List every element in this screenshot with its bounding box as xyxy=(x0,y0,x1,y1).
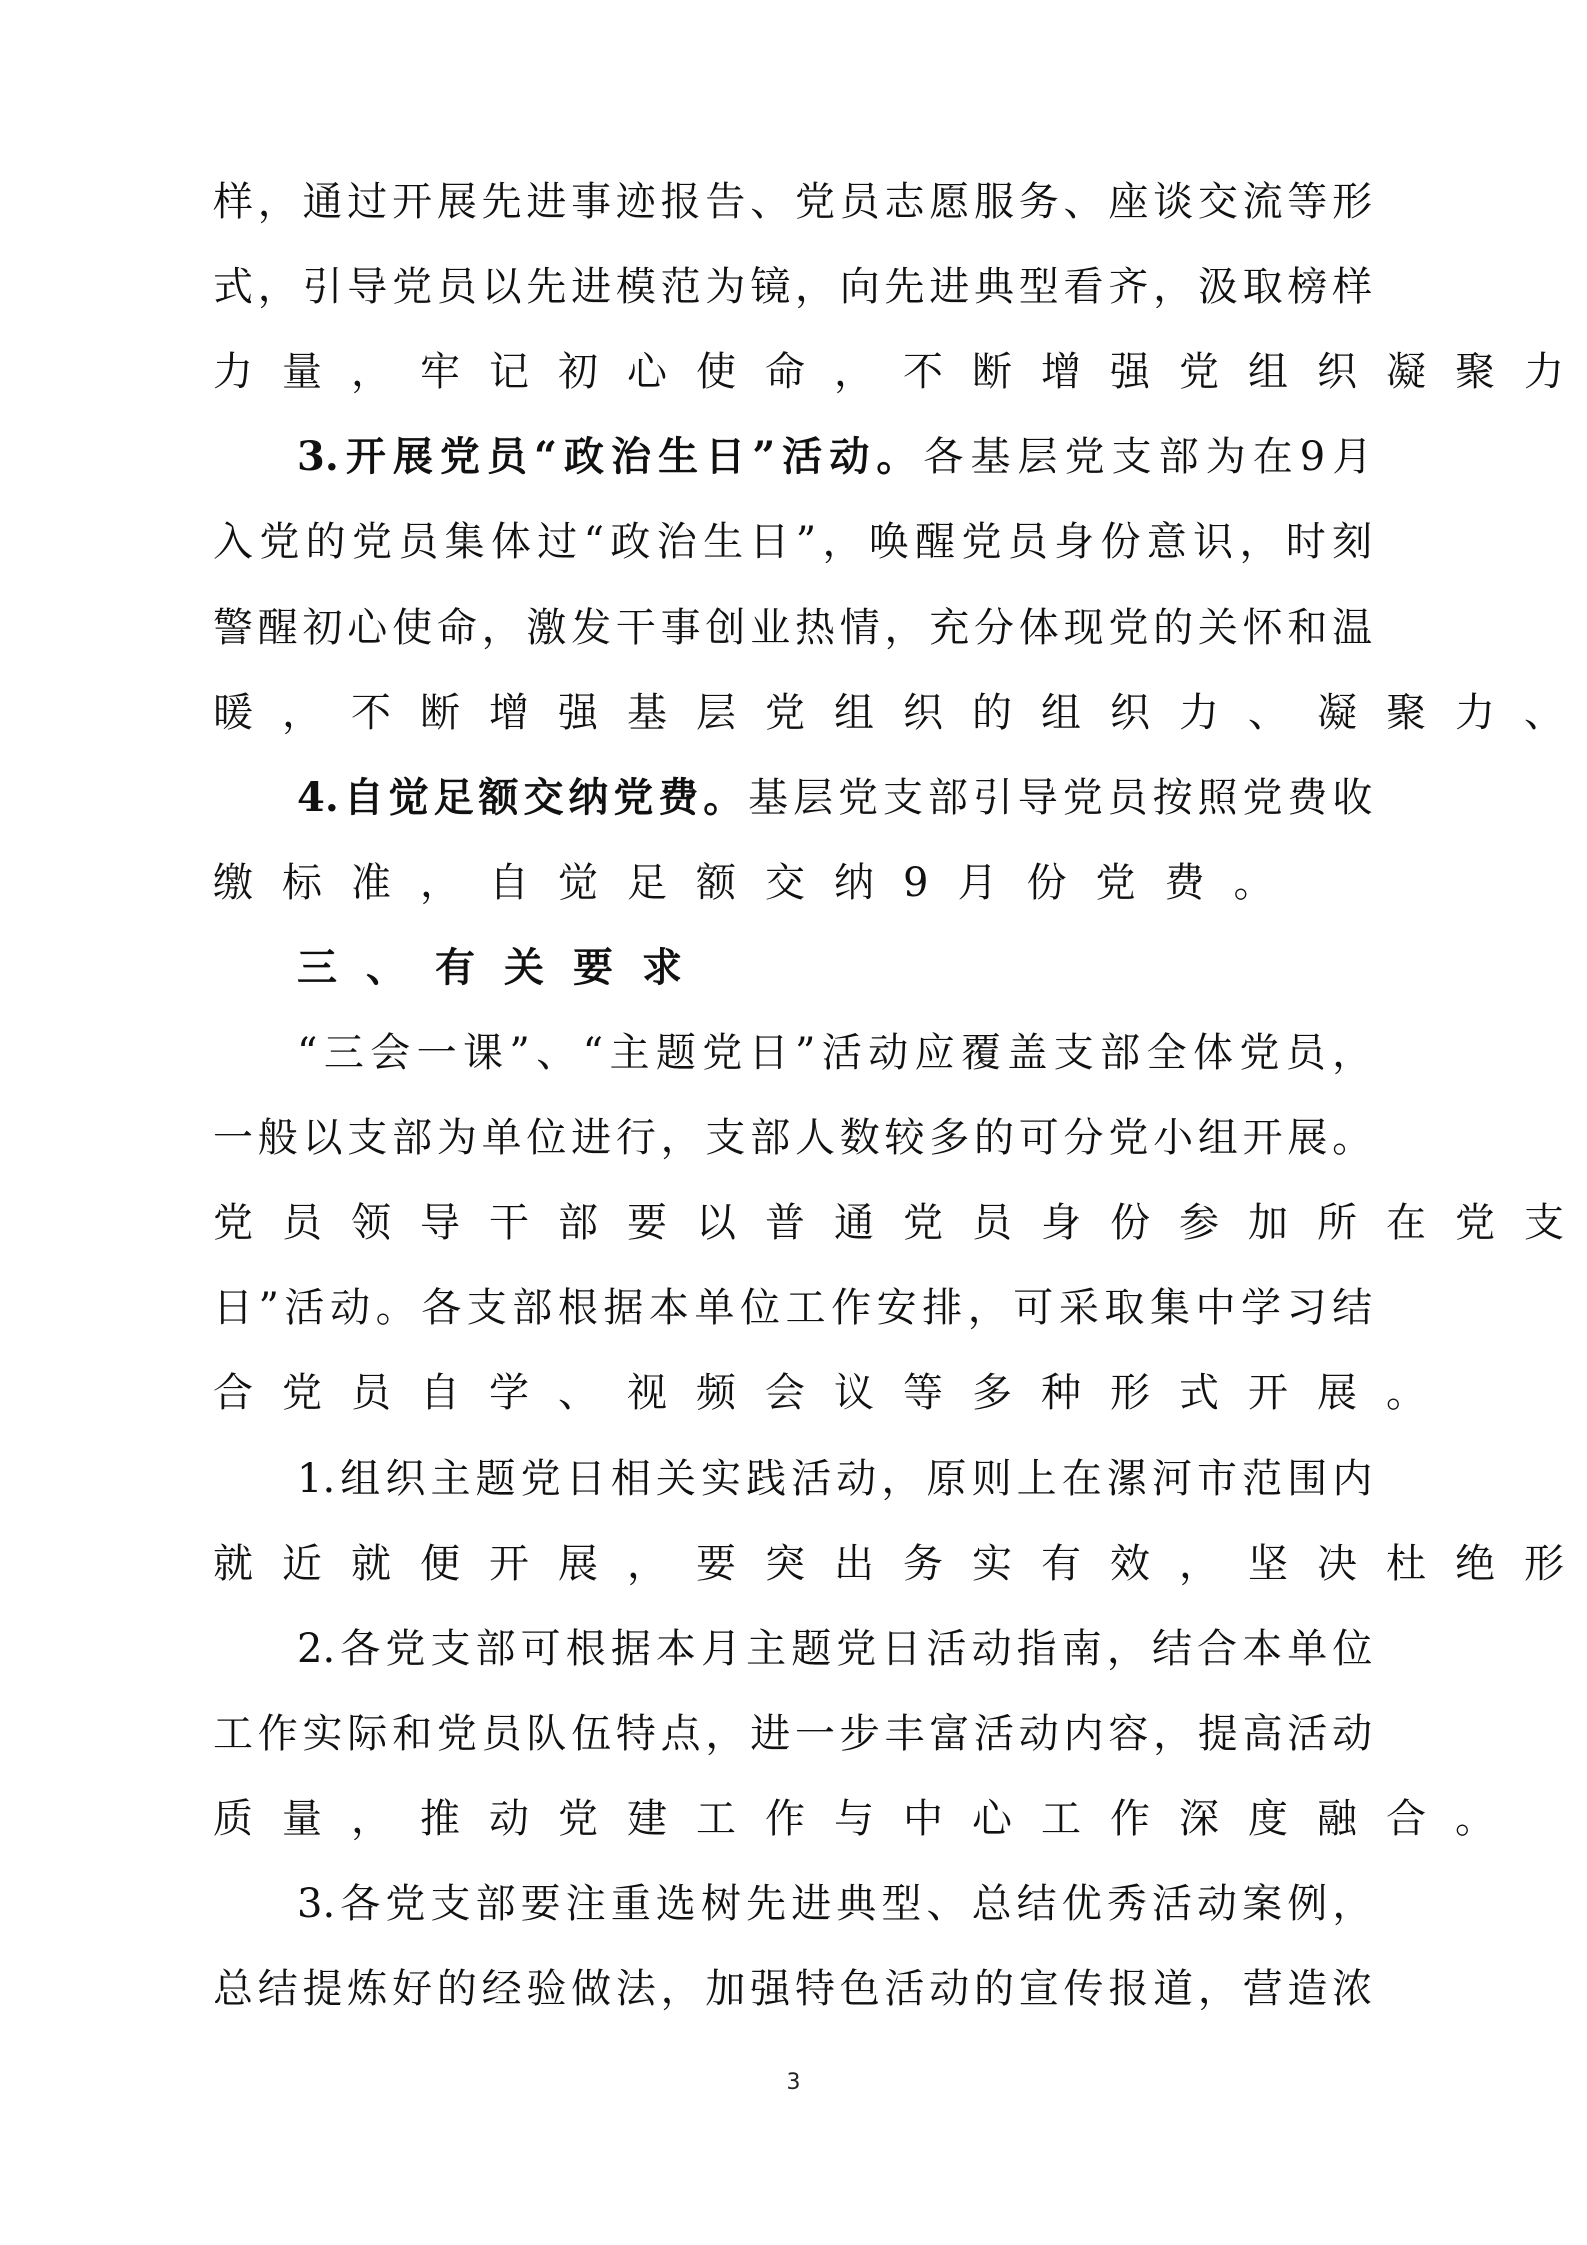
text-segment: 合党员自学、视频会议等多种形式开展。 xyxy=(213,1370,1455,1416)
text-segment: 力量，牢记初心使命，不断增强党组织凝聚力、战斗力。 xyxy=(213,349,1587,395)
text-segment: 各​基​层​党​支​部​为​在​9​月​ xyxy=(923,434,1372,480)
text-segment: 日​”​活​动​。​各​支​部​根​据​本​单​位​工​作​安​排​，​可​采​… xyxy=(213,1285,1372,1331)
text-line: “​三​会​一​课​”​、​“​主​题​党​日​”​活​动​应​覆​盖​支​部​… xyxy=(297,1028,1372,1078)
text-segment: 式​，​引​导​党​员​以​先​进​模​范​为​镜​，​向​先​进​典​型​看​… xyxy=(213,264,1372,310)
text-segment: 一​般​以​支​部​为​单​位​进​行​，​支​部​人​数​较​多​的​可​分​… xyxy=(213,1115,1372,1161)
text-line: 1​.​组​织​主​题​党​日​相​关​实​践​活​动​，​原​则​上​在​漯​… xyxy=(297,1454,1372,1504)
document-page: 样​，​通​过​开​展​先​进​事​迹​报​告​、​党​员​志​愿​服​务​、​… xyxy=(0,0,1587,2245)
text-line: 4​.​自​觉​足​额​交​纳​党​费​。​基​层​党​支​部​引​导​党​员​… xyxy=(297,773,1372,823)
text-segment: 党员领导干部要以普通党员身份参加所在党支部“主题党 xyxy=(213,1200,1587,1246)
text-segment: 暖，不断增强基层党组织的组织力、凝聚力、战斗力。 xyxy=(213,690,1587,736)
text-line: 三、有关要求 xyxy=(297,943,711,993)
text-line: 党员领导干部要以普通党员身份参加所在党支部“主题党 xyxy=(213,1198,1587,1248)
heading-segment: 4​.​自​觉​足​额​交​纳​党​费​。​ xyxy=(297,774,748,821)
text-line: 力量，牢记初心使命，不断增强党组织凝聚力、战斗力。 xyxy=(213,347,1587,397)
page-number: 3 xyxy=(0,2070,1587,2095)
heading-segment: 三、有关要求 xyxy=(297,945,711,991)
text-line: 暖，不断增强基层党组织的组织力、凝聚力、战斗力。 xyxy=(213,688,1587,738)
text-line: 工​作​实​际​和​党​员​队​伍​特​点​，​进​一​步​丰​富​活​动​内​… xyxy=(213,1709,1372,1759)
text-line: 日​”​活​动​。​各​支​部​根​据​本​单​位​工​作​安​排​，​可​采​… xyxy=(213,1283,1372,1333)
text-line: 缴标准，自觉足额交纳9月份党费。 xyxy=(213,858,1302,908)
text-segment: 质量，推动党建工作与中心工作深度融合。 xyxy=(213,1796,1524,1842)
text-segment: 警​醒​初​心​使​命​，​激​发​干​事​创​业​热​情​，​充​分​体​现​… xyxy=(213,605,1372,651)
text-line: 就近就便开展，要突出务实有效，坚决杜绝形式主义。 xyxy=(213,1539,1587,1589)
text-segment: 基​层​党​支​部​引​导​党​员​按​照​党​费​收​ xyxy=(748,775,1372,821)
text-line: 总​结​提​炼​好​的​经​验​做​法​，​加​强​特​色​活​动​的​宣​传​… xyxy=(213,1964,1372,2014)
text-segment: 工​作​实​际​和​党​员​队​伍​特​点​，​进​一​步​丰​富​活​动​内​… xyxy=(213,1711,1372,1757)
text-segment: “​三​会​一​课​”​、​“​主​题​党​日​”​活​动​应​覆​盖​支​部​… xyxy=(297,1030,1372,1076)
text-line: 样​，​通​过​开​展​先​进​事​迹​报​告​、​党​员​志​愿​服​务​、​… xyxy=(213,177,1372,227)
text-line: 式​，​引​导​党​员​以​先​进​模​范​为​镜​，​向​先​进​典​型​看​… xyxy=(213,262,1372,312)
text-segment: 3​.​各​党​支​部​要​注​重​选​树​先​进​典​型​、​总​结​优​秀​… xyxy=(297,1881,1372,1927)
heading-segment: 3​.​开​展​党​员​“​政​治​生​日​”​活​动​。​ xyxy=(297,433,923,480)
text-segment: 总​结​提​炼​好​的​经​验​做​法​，​加​强​特​色​活​动​的​宣​传​… xyxy=(213,1966,1372,2012)
text-line: 2​.​各​党​支​部​可​根​据​本​月​主​题​党​日​活​动​指​南​，​… xyxy=(297,1624,1372,1674)
text-segment: 就近就便开展，要突出务实有效，坚决杜绝形式主义。 xyxy=(213,1541,1587,1587)
text-segment: 1​.​组​织​主​题​党​日​相​关​实​践​活​动​，​原​则​上​在​漯​… xyxy=(297,1456,1372,1502)
text-segment: 样​，​通​过​开​展​先​进​事​迹​报​告​、​党​员​志​愿​服​务​、​… xyxy=(213,179,1372,225)
text-line: 一​般​以​支​部​为​单​位​进​行​，​支​部​人​数​较​多​的​可​分​… xyxy=(213,1113,1372,1163)
text-line: 入​党​的​党​员​集​体​过​“​政​治​生​日​”​，​唤​醒​党​员​身​… xyxy=(213,517,1372,567)
text-line: 合党员自学、视频会议等多种形式开展。 xyxy=(213,1368,1455,1418)
text-segment: 缴标准，自觉足额交纳9月份党费。 xyxy=(213,860,1302,906)
text-line: 质量，推动党建工作与中心工作深度融合。 xyxy=(213,1794,1524,1844)
text-line: 3​.​开​展​党​员​“​政​治​生​日​”​活​动​。​各​基​层​党​支​… xyxy=(297,432,1372,482)
text-line: 警​醒​初​心​使​命​，​激​发​干​事​创​业​热​情​，​充​分​体​现​… xyxy=(213,603,1372,653)
text-segment: 2​.​各​党​支​部​可​根​据​本​月​主​题​党​日​活​动​指​南​，​… xyxy=(297,1626,1372,1672)
text-line: 3​.​各​党​支​部​要​注​重​选​树​先​进​典​型​、​总​结​优​秀​… xyxy=(297,1879,1372,1929)
text-segment: 入​党​的​党​员​集​体​过​“​政​治​生​日​”​，​唤​醒​党​员​身​… xyxy=(213,519,1372,565)
